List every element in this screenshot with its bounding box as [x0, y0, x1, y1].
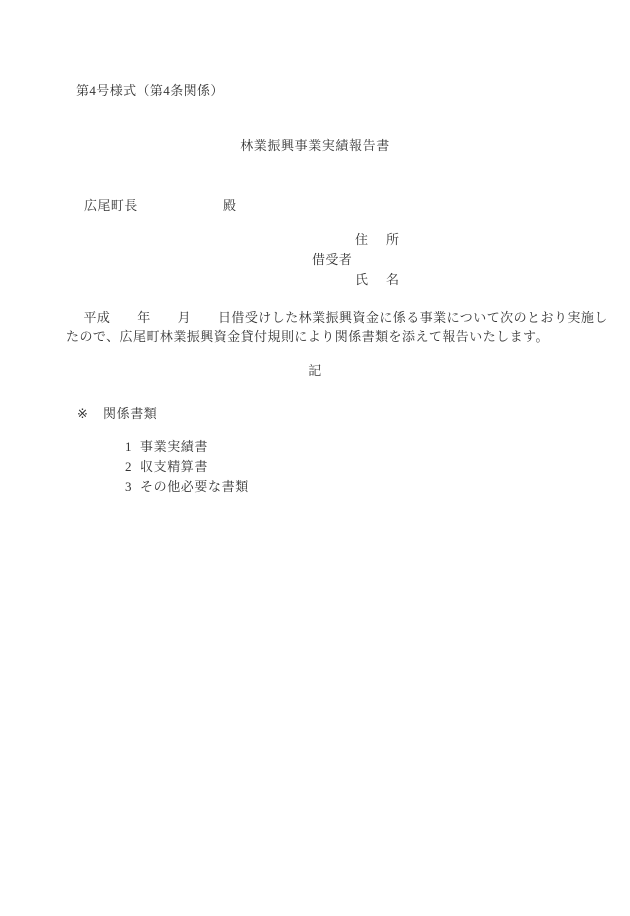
form-number: 第4号様式（第4条関係）: [76, 84, 224, 97]
borrower-name-label: 氏 名: [355, 273, 402, 286]
attachments-heading: 関係書類: [103, 407, 157, 420]
attachment-item-label: その他必要な書類: [140, 479, 249, 494]
borrower-role-label: 借受者: [312, 253, 352, 266]
borrower-address-label: 住 所: [355, 233, 402, 246]
body-paragraph: 平成 年 月 日借受けした林業振興資金に係る事業について次のとおり実施し たので…: [66, 308, 606, 346]
body-line: たので、広尾町林業振興資金貸付規則により関係書類を添えて報告いたします。: [66, 327, 606, 346]
list-item: 3その他必要な書類: [112, 467, 249, 506]
attachment-item-number: 3: [125, 480, 140, 493]
attachments-marker: ※: [77, 407, 88, 420]
addressee-honorific: 殿: [223, 199, 236, 212]
page-title: 林業振興事業実績報告書: [0, 139, 630, 152]
addressee-name: 広尾町長: [84, 199, 138, 212]
record-marker: 記: [0, 364, 630, 377]
document-page: 第4号様式（第4条関係） 林業振興事業実績報告書 広尾町長 殿 住 所 借受者 …: [0, 0, 630, 916]
body-line: 平成 年 月 日借受けした林業振興資金に係る事業について次のとおり実施し: [66, 308, 606, 327]
